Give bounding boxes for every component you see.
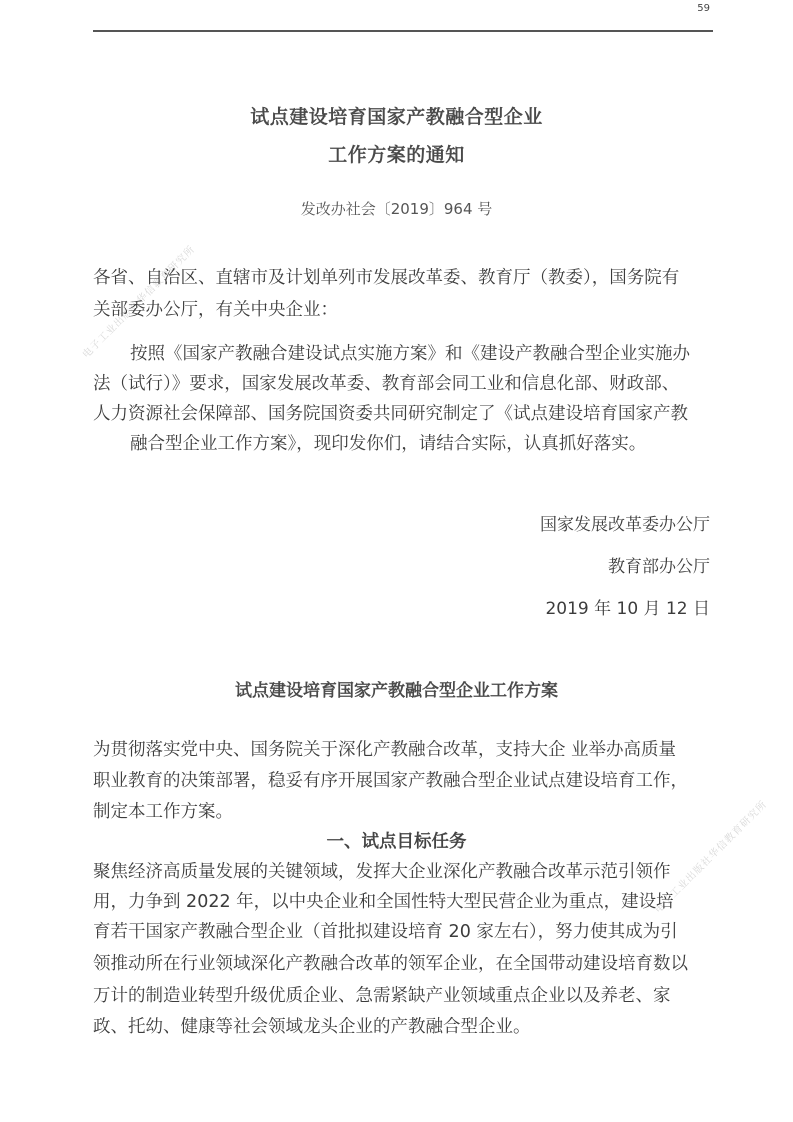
signature-ndrc: 国家发展改革委办公厅	[540, 510, 710, 535]
notice-date: 2019 年 10 月 12 日	[545, 594, 710, 619]
intro-line: 制定本工作方案。	[93, 798, 233, 823]
intro-line: 职业教育的决策部署，稳妥有序开展国家产教融合型企业试点建设培育工作，	[93, 767, 688, 792]
section-line: 聚焦经济高质量发展的关键领域，发挥大企业深化产教融合改革示范引领作	[93, 858, 671, 883]
section-line: 万计的制造业转型升级优质企业、急需紧缺产业领域重点企业以及养老、家	[93, 982, 671, 1007]
section-heading: 一、试点目标任务	[0, 828, 793, 853]
addressee-line: 关部委办公厅，有关中央企业：	[93, 296, 338, 321]
signature-moe: 教育部办公厅	[608, 552, 710, 577]
document-number: 发改办社会〔2019〕964 号	[0, 198, 793, 219]
body-line: 人力资源社会保障部、国务院国资委共同研究制定了《试点建设培育国家产教	[93, 400, 688, 425]
section-line: 领推动所在行业领域深化产教融合改革的领军企业，在全国带动建设培育数以	[93, 950, 688, 975]
body-line: 法（试行）》要求，国家发展改革委、教育部会同工业和信息化部、财政部、	[93, 370, 679, 395]
body-line: 融合型企业工作方案》，现印发你们，请结合实际，认真抓好落实。	[130, 430, 646, 455]
notice-title-line1: 试点建设培育国家产教融合型企业	[0, 102, 793, 129]
plan-title: 试点建设培育国家产教融合型企业工作方案	[0, 676, 793, 701]
notice-title-line2: 工作方案的通知	[0, 140, 793, 167]
section-line: 政、托幼、健康等社会领域龙头企业的产教融合型企业。	[93, 1013, 531, 1038]
section-line: 育若干国家产教融合型企业（首批拟建设培育 20 家左右），努力使其成为引	[93, 918, 678, 943]
section-line: 用，力争到 2022 年，以中央企业和全国性特大型民营企业为重点，建设培	[93, 888, 674, 913]
intro-line: 为贯彻落实党中央、国务院关于深化产教融合改革，支持大企 业举办高质量	[93, 736, 676, 761]
addressee-line: 各省、自治区、直辖市及计划单列市发展改革委、教育厅（教委），国务院有	[93, 264, 679, 289]
header-rule	[93, 30, 713, 32]
body-line: 按照《国家产教融合建设试点实施方案》和《建设产教融合型企业实施办	[130, 340, 690, 365]
page-number: 59	[680, 3, 710, 14]
